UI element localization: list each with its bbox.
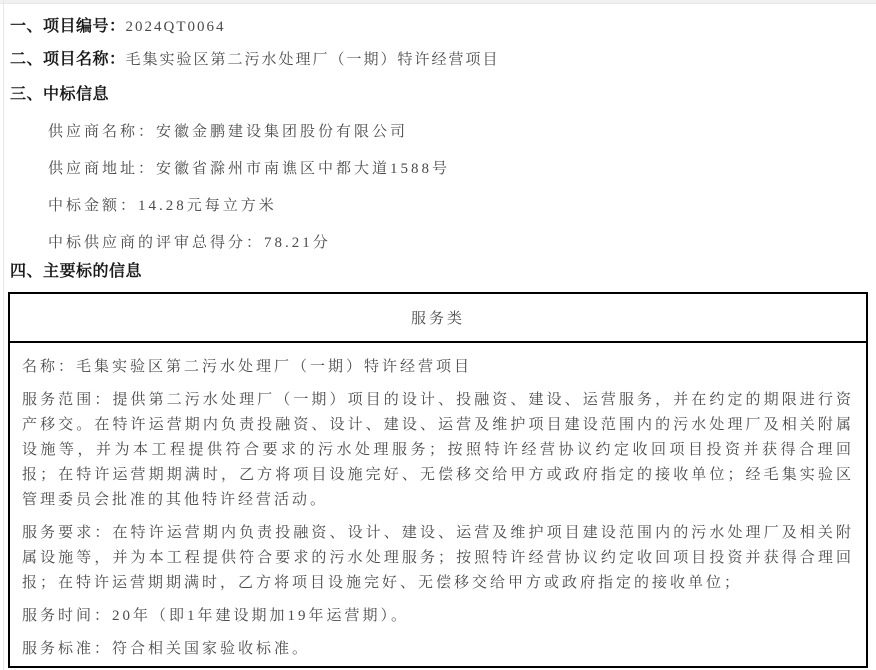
project-name-label: 二、项目名称： (10, 51, 126, 68)
row-service-scope: 服务范围：提供第二污水处理厂（一期）项目的设计、投融资、建设、运营服务，并在约定… (22, 388, 854, 513)
table-header-row: 服务类 (9, 293, 867, 342)
project-number-label: 一、项目编号： (10, 18, 126, 35)
supplier-evaluation-score: 中标供应商的评审总得分：78.21分 (48, 235, 876, 251)
award-amount: 中标金额：14.28元每立方米 (48, 198, 876, 214)
row-service-standard: 服务标准：符合相关国家验收标准。 (22, 637, 854, 662)
top-divider (0, 0, 876, 4)
table-body-cell: 名称：毛集实验区第二污水处理厂（一期）特许经营项目 服务范围：提供第二污水处理厂… (9, 342, 867, 667)
table-header-service-class: 服务类 (9, 293, 867, 342)
section-heading-project-name: 二、项目名称：毛集实验区第二污水处理厂（一期）特许经营项目 (10, 50, 876, 70)
section-heading-subject-info: 四、主要标的信息 (10, 262, 876, 282)
supplier-address: 供应商地址：安徽省滁州市南谯区中都大道1588号 (48, 161, 876, 177)
row-name: 名称：毛集实验区第二污水处理厂（一期）特许经营项目 (22, 355, 854, 380)
left-edge-line (3, 0, 4, 670)
subject-info-label: 四、主要标的信息 (10, 263, 142, 280)
row-service-time: 服务时间：20年（即1年建设期加19年运营期）。 (22, 604, 854, 629)
row-service-requirement: 服务要求：在特许运营期内负责投融资、设计、建设、运营及维护项目建设范围内的污水处… (22, 521, 854, 596)
award-info-label: 三、中标信息 (10, 86, 109, 103)
document-page: 一、项目编号：2024QT0064 二、项目名称：毛集实验区第二污水处理厂（一期… (0, 0, 876, 670)
table-body-row: 名称：毛集实验区第二污水处理厂（一期）特许经营项目 服务范围：提供第二污水处理厂… (9, 342, 867, 667)
project-name-value: 毛集实验区第二污水处理厂（一期）特许经营项目 (126, 52, 500, 68)
supplier-name: 供应商名称：安徽金鹏建设集团股份有限公司 (48, 124, 876, 140)
section-heading-award-info: 三、中标信息 (10, 85, 876, 105)
section-heading-project-number: 一、项目编号：2024QT0064 (10, 17, 876, 37)
award-info-list: 供应商名称：安徽金鹏建设集团股份有限公司 供应商地址：安徽省滁州市南谯区中都大道… (48, 124, 876, 251)
subject-info-table: 服务类 名称：毛集实验区第二污水处理厂（一期）特许经营项目 服务范围：提供第二污… (8, 292, 868, 668)
project-number-value: 2024QT0064 (126, 19, 226, 35)
